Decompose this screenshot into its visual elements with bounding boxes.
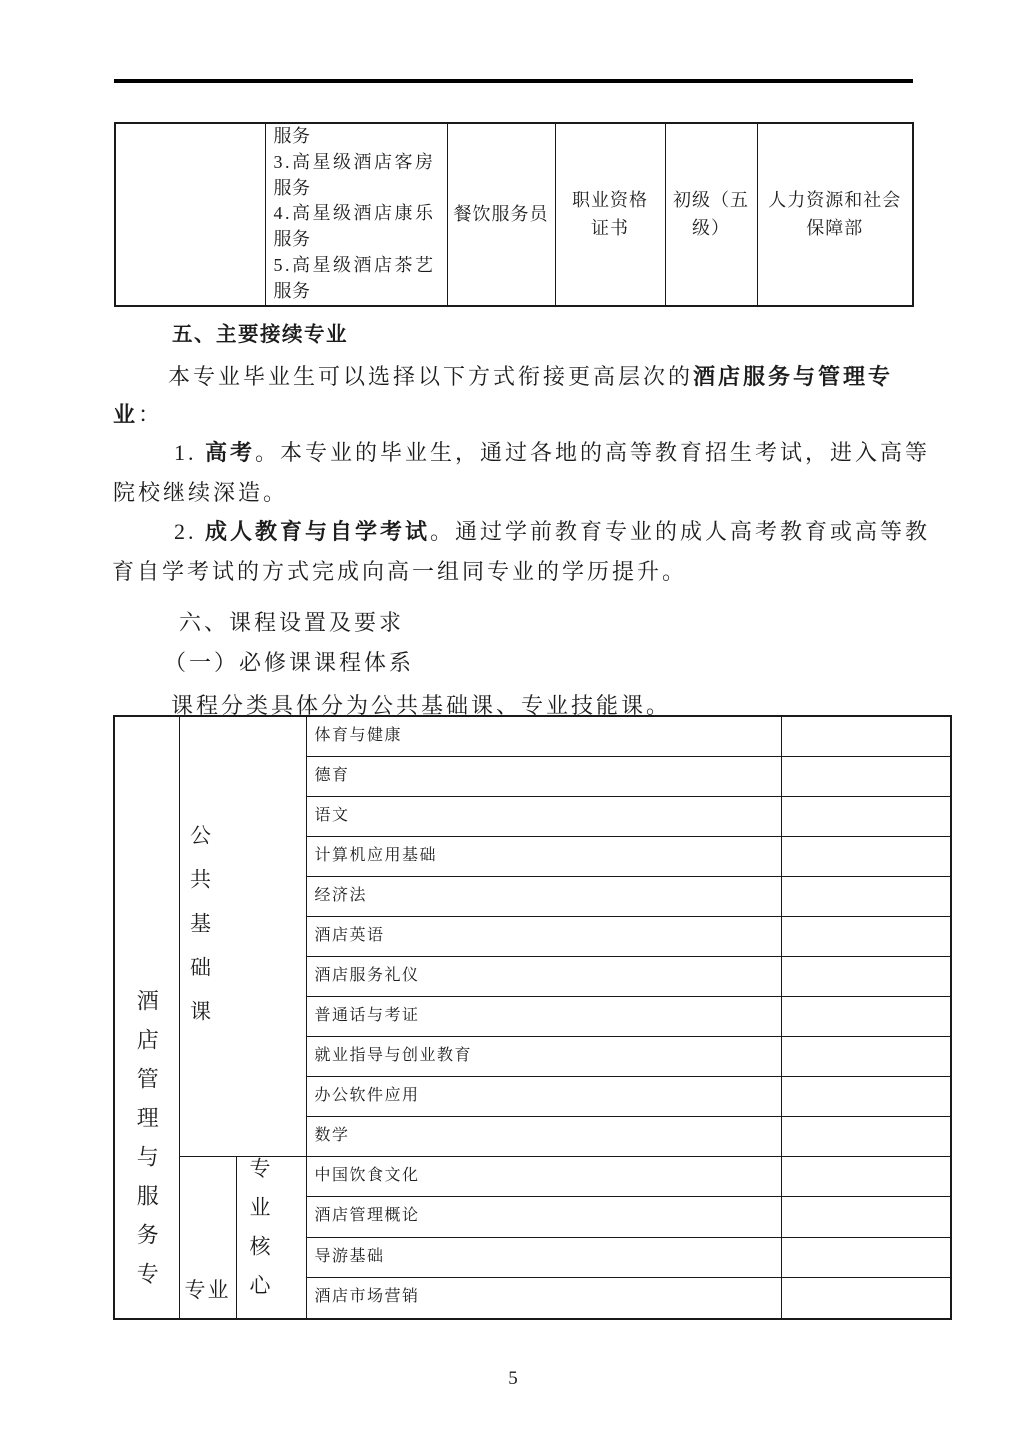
paragraph-1-line-2: 业： <box>113 398 163 429</box>
cert-level-line: 级） <box>672 214 751 242</box>
bold-term: 高考 <box>205 440 255 465</box>
empty-hours-cell <box>781 916 951 956</box>
certificate-table: 服务 3.高星级酒店客房 服务 4.高星级酒店康乐 服务 5.高星级酒店茶艺 服… <box>114 122 914 307</box>
empty-hours-cell <box>781 716 951 756</box>
empty-hours-cell <box>781 836 951 876</box>
bold-term: 酒店服务与管理专 <box>693 364 893 389</box>
page-number: 5 <box>0 1368 1026 1390</box>
major-core-group-cell: 专业核心 <box>236 1156 306 1319</box>
subsection-heading: （一）必修课课程体系 <box>164 646 414 677</box>
duty-line: 3.高星级酒店客房 <box>274 150 443 176</box>
paragraph-text: 。本专业的毕业生，通过各地的高等教育招生考试，进入高等 <box>255 440 930 465</box>
empty-hours-cell <box>781 1278 951 1319</box>
paragraph-2-line-2: 院校继续深造。 <box>113 476 288 507</box>
empty-hours-cell <box>781 756 951 796</box>
course-table: 酒店管理与服务专 公共基础课 体育与健康 德育 语文 计算机应用基础 经济法 酒… <box>113 715 952 1320</box>
cert-name-line: 职业资格 <box>566 186 655 214</box>
course-name-cell: 中国饮食文化 <box>306 1156 781 1197</box>
empty-hours-cell <box>781 1197 951 1238</box>
list-number: 2. <box>174 519 205 544</box>
cert-duties-cell: 服务 3.高星级酒店客房 服务 4.高星级酒店康乐 服务 5.高星级酒店茶艺 服… <box>265 123 447 306</box>
course-name-cell: 办公软件应用 <box>306 1076 781 1116</box>
cert-empty-cell <box>115 123 265 306</box>
cert-issuer-line: 人力资源和社会 <box>764 186 907 214</box>
empty-hours-cell <box>781 1076 951 1116</box>
certificate-table-row: 服务 3.高星级酒店客房 服务 4.高星级酒店康乐 服务 5.高星级酒店茶艺 服… <box>115 123 913 306</box>
empty-hours-cell <box>781 956 951 996</box>
course-name-cell: 普通话与考证 <box>306 996 781 1036</box>
cert-issuer-cell: 人力资源和社会 保障部 <box>757 123 913 306</box>
cert-job-cell: 餐饮服务员 <box>447 123 555 306</box>
course-name-cell: 经济法 <box>306 876 781 916</box>
empty-hours-cell <box>781 876 951 916</box>
course-name-cell: 酒店英语 <box>306 916 781 956</box>
course-name-cell: 数学 <box>306 1116 781 1156</box>
major-name-cell: 酒店管理与服务专 <box>114 716 179 1319</box>
paragraph-text: 本专业毕业生可以选择以下方式衔接更高层次的 <box>168 364 693 389</box>
paragraph-text: ： <box>138 402 163 427</box>
empty-hours-cell <box>781 796 951 836</box>
duty-line: 服务 <box>274 279 443 305</box>
bold-term: 成人教育与自学考试 <box>205 519 430 544</box>
course-name-cell: 导游基础 <box>306 1237 781 1278</box>
course-name-cell: 体育与健康 <box>306 716 781 756</box>
paragraph-text: 。通过学前教育专业的成人高考教育或高等教 <box>430 519 930 544</box>
cert-level-line: 初级（五 <box>672 186 751 214</box>
cert-name-line: 证书 <box>566 214 655 242</box>
major-skill-group-cell: 专业 <box>179 1156 236 1319</box>
course-name-cell: 酒店市场营销 <box>306 1278 781 1319</box>
cert-level-cell: 初级（五 级） <box>665 123 757 306</box>
basic-course-group-cell: 公共基础课 <box>179 716 306 1156</box>
duty-line: 5.高星级酒店茶艺 <box>274 253 443 279</box>
cert-issuer-line: 保障部 <box>764 214 907 242</box>
course-name-cell: 酒店服务礼仪 <box>306 956 781 996</box>
course-name-cell: 就业指导与创业教育 <box>306 1036 781 1076</box>
cert-name-cell: 职业资格 证书 <box>555 123 665 306</box>
list-number: 1. <box>174 440 205 465</box>
duty-line: 服务 <box>274 124 443 150</box>
empty-hours-cell <box>781 996 951 1036</box>
bold-term: 业 <box>113 402 138 427</box>
course-row: 酒店管理与服务专 公共基础课 体育与健康 <box>114 716 951 756</box>
empty-hours-cell <box>781 1036 951 1076</box>
duty-line: 服务 <box>274 176 443 202</box>
header-rule <box>114 79 913 83</box>
document-page: 服务 3.高星级酒店客房 服务 4.高星级酒店康乐 服务 5.高星级酒店茶艺 服… <box>0 0 1026 1450</box>
duty-line: 服务 <box>274 227 443 253</box>
section-heading-6: 六、课程设置及要求 <box>179 606 404 637</box>
empty-hours-cell <box>781 1156 951 1197</box>
major-core-group-label: 专业核心 <box>244 1157 274 1313</box>
section-heading-5: 五、主要接续专业 <box>172 317 348 347</box>
course-name-cell: 德育 <box>306 756 781 796</box>
course-name-cell: 语文 <box>306 796 781 836</box>
basic-course-group-label: 公共基础课 <box>185 824 215 1044</box>
empty-hours-cell <box>781 1237 951 1278</box>
paragraph-2-line-1: 1. 高考。本专业的毕业生，通过各地的高等教育招生考试，进入高等 <box>174 436 930 467</box>
duty-line: 4.高星级酒店康乐 <box>274 201 443 227</box>
empty-hours-cell <box>781 1116 951 1156</box>
paragraph-3-line-2: 育自学考试的方式完成向高一组同专业的学历提升。 <box>112 555 687 586</box>
paragraph-3-line-1: 2. 成人教育与自学考试。通过学前教育专业的成人高考教育或高等教 <box>174 515 930 546</box>
major-name-vertical: 酒店管理与服务专 <box>131 989 162 1301</box>
course-name-cell: 计算机应用基础 <box>306 836 781 876</box>
paragraph-1-line-1: 本专业毕业生可以选择以下方式衔接更高层次的酒店服务与管理专 <box>168 360 893 391</box>
course-name-cell: 酒店管理概论 <box>306 1197 781 1238</box>
course-row: 专业 专业核心 中国饮食文化 <box>114 1156 951 1197</box>
